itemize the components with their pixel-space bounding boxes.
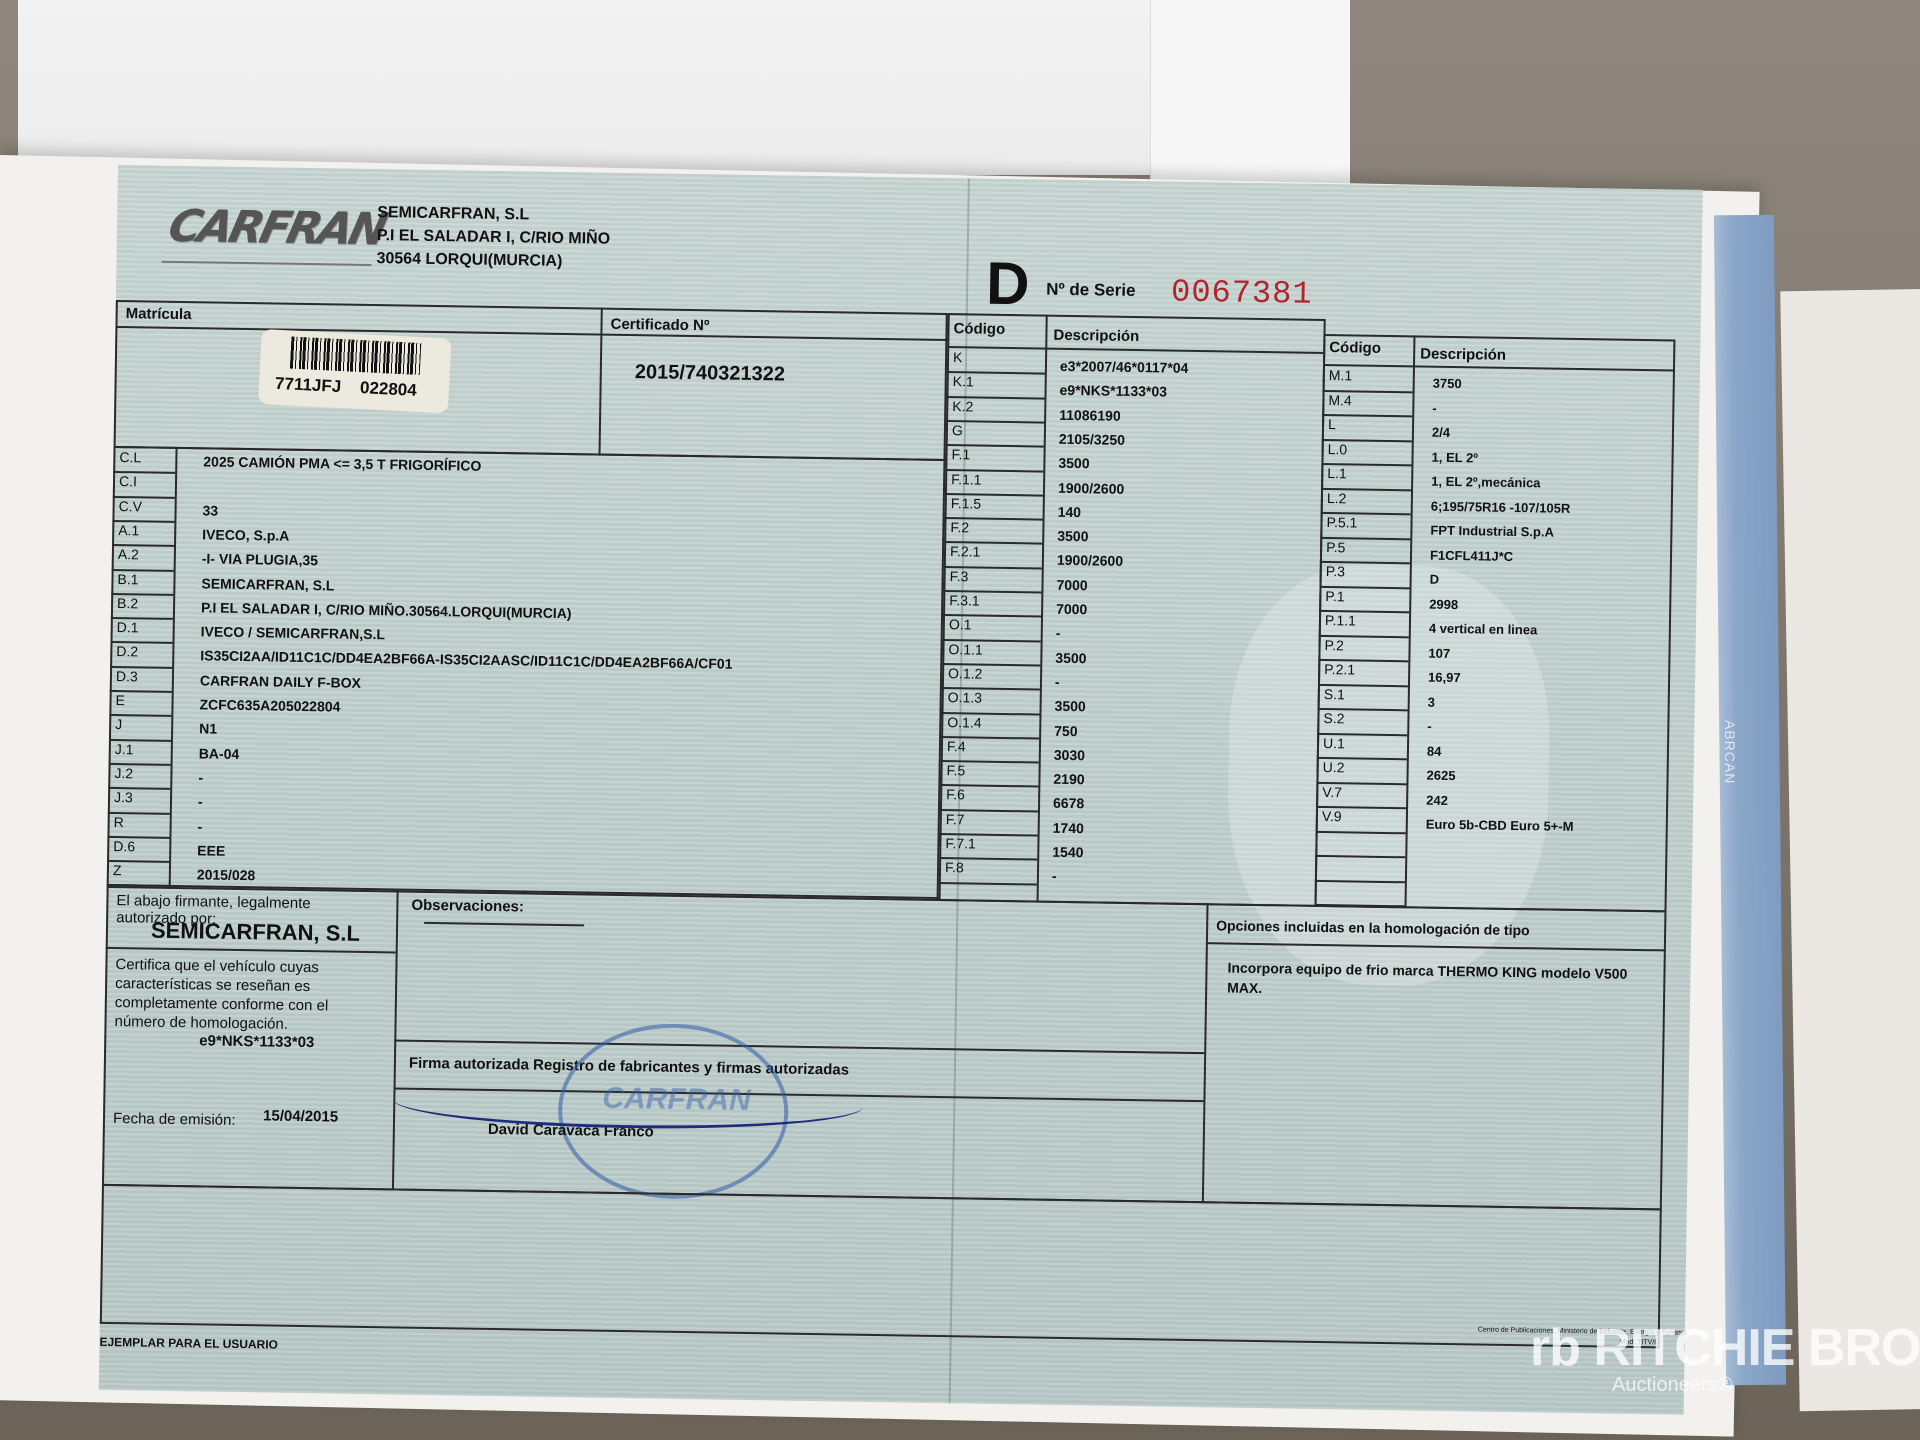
field-value: 3 [1428,694,1435,709]
field-value: 2998 [1429,596,1458,611]
field-code: O.1.3 [948,689,982,706]
field-value: 6678 [1053,795,1084,811]
certificate-number: 2015/740321322 [635,361,785,386]
middle-code-header: Código [953,320,1005,338]
bottom-blank-box [100,1184,1662,1348]
field-code: F.1.1 [951,471,982,487]
field-code: P.1.1 [1325,612,1356,628]
field-code: D.1 [117,619,139,635]
field-code: D.3 [116,668,138,684]
field-value: N1 [199,721,217,737]
certificate-label: Certificado Nº [610,316,709,335]
field-value: - [1432,400,1437,415]
field-code: F.2 [950,519,969,535]
matricula-label: Matrícula [126,305,192,323]
registration-box [114,300,948,461]
field-code: S.2 [1323,710,1344,726]
field-value: D [1430,572,1440,587]
field-code: F.6 [946,786,965,802]
field-code: D.6 [113,838,135,854]
plate-code: 022804 [360,378,418,400]
field-value: - [1427,719,1432,734]
signer-company: SEMICARFRAN, S.L [151,918,360,947]
field-value: 1540 [1052,844,1083,860]
options-text: Incorpora equipo de frio marca THERMO KI… [1227,958,1648,1005]
plate-number: 7711JFJ 022804 [275,374,418,401]
field-value: 3500 [1054,698,1085,714]
field-code: F.7 [946,811,965,827]
field-value: e3*2007/46*0117*04 [1060,358,1189,376]
right-code-header: Código [1329,339,1381,357]
field-code: A.1 [118,522,139,538]
field-code: F.2.1 [950,544,981,560]
field-value: e9*NKS*1133*03 [1059,382,1167,400]
field-value: 3500 [1057,528,1088,544]
field-code: A.2 [118,546,139,562]
series-number: 0067381 [1171,274,1313,313]
field-value: IVECO / SEMICARFRAN,S.L [201,623,386,642]
field-value: 1, EL 2º,mecánica [1431,474,1541,491]
field-code: M.4 [1328,392,1352,408]
field-code: U.1 [1323,735,1345,751]
field-code: K.2 [952,398,973,414]
field-code: P.2 [1324,637,1343,653]
field-value: 2015/028 [197,866,256,883]
field-value: 7000 [1056,576,1087,592]
background-paper-2 [1150,0,1350,185]
field-value: Euro 5b-CBD Euro 5+-M [1426,817,1574,834]
field-value: IVECO, S.p.A [202,526,289,543]
carfran-logo: CARFRAN [163,201,371,259]
field-code: P.2.1 [1324,661,1355,677]
field-code: P.3 [1326,563,1345,579]
middle-desc-header: Descripción [1053,327,1139,345]
field-code: F.3 [950,568,969,584]
field-value: CARFRAN DAILY F-BOX [200,672,361,691]
field-value: 107 [1428,645,1450,660]
field-value: - [1056,625,1061,641]
field-code: F.1 [951,446,970,462]
field-value: 33 [202,502,218,518]
issue-date-label: Fecha de emisión: [113,1110,236,1129]
certify-text: Certifica que el vehículo cuyas caracter… [114,955,329,1034]
field-value: - [198,818,203,834]
rb-mark-icon: rb [1530,1319,1580,1377]
field-value: 84 [1427,743,1442,758]
homologation-number: e9*NKS*1133*03 [199,1032,314,1051]
field-code: S.1 [1324,686,1345,702]
ritchie-bros-watermark: rb RITCHIE BROS. [1530,1318,1920,1378]
field-value: 2105/3250 [1059,431,1125,448]
field-code: C.L [119,449,141,465]
field-value: 4 vertical en linea [1429,621,1538,638]
field-code: B.2 [117,595,138,611]
field-code: J.3 [114,789,133,805]
field-value: 2/4 [1432,425,1450,440]
field-value: BA-04 [199,745,240,762]
field-code: V.7 [1322,783,1342,799]
field-value: 6;195/75R16 -107/105R [1431,498,1571,515]
plate-sticker: 7711JFJ 022804 [258,329,452,414]
field-value: F1CFL411J*C [1430,547,1513,563]
field-code: F.5 [946,762,965,778]
company-address: SEMICARFRAN, S.L P.I EL SALADAR I, C/RIO… [376,201,610,274]
field-code: U.2 [1323,759,1345,775]
field-code: J [115,716,122,732]
field-code: P.5.1 [1326,514,1357,530]
field-code: C.I [119,473,137,489]
field-code: J.2 [114,765,133,781]
field-value: 140 [1058,504,1082,520]
field-value: 16,97 [1428,670,1461,686]
series-letter: D [986,249,1030,319]
field-code: F.4 [947,738,966,754]
field-value: -I- VIA PLUGIA,35 [202,551,318,569]
field-value: 2190 [1053,771,1084,787]
field-value: 1740 [1053,819,1084,835]
middle-table [939,313,1326,907]
field-code: F.1.5 [951,495,982,511]
logo-underline [161,261,371,266]
barcode [290,336,421,375]
field-code: E [115,692,125,708]
field-value: 3750 [1433,376,1462,391]
auctioneers-text: Auctioneers® [1612,1374,1732,1397]
vehicle-technical-card: CARFRAN SEMICARFRAN, S.L P.I EL SALADAR … [99,165,1703,1415]
field-value: SEMICARFRAN, S.L [201,575,334,593]
company-city: 30564 LORQUI(MURCIA) [376,247,610,274]
field-value: 3500 [1055,649,1086,665]
field-code: O.1.2 [948,665,982,682]
field-value: FPT Industrial S.p.A [1430,523,1554,540]
field-value: 750 [1054,722,1078,738]
field-code: O.1.1 [948,641,982,658]
field-code: M.1 [1329,367,1353,383]
issue-date: 15/04/2015 [263,1107,338,1125]
field-value: 3030 [1054,747,1085,763]
field-code: F.8 [945,859,964,875]
plate-text: 7711JFJ [275,374,342,396]
field-code: L [1328,416,1336,432]
field-code: Z [113,862,122,878]
copy-label: EJEMPLAR PARA EL USUARIO [99,1335,278,1352]
blue-folder [1714,215,1786,1386]
field-value: - [1055,674,1060,690]
field-value: - [198,769,203,785]
field-value: 1900/2600 [1057,552,1123,569]
field-code: K [953,349,963,365]
field-value: 1, EL 2º [1431,449,1478,465]
folder-label: ABRCAN [1722,720,1738,784]
field-code: P.5 [1326,539,1345,555]
field-value: 2625 [1426,768,1455,783]
field-code: V.9 [1322,808,1342,824]
certify-line: número de homologación. [114,1012,328,1034]
field-value: 7000 [1056,601,1087,617]
series-label: Nº de Serie [1046,280,1136,301]
field-code: P.1 [1325,588,1344,604]
background-sheet [1780,289,1920,1411]
field-code: O.1.4 [947,714,981,731]
field-value: ZCFC635A205022804 [199,696,340,714]
field-value: 11086190 [1059,406,1121,423]
field-code: L.0 [1328,441,1348,457]
field-code: O.1 [949,616,972,632]
field-value: 3500 [1058,455,1089,471]
field-code: R [114,814,124,830]
brand-text: RITCHIE BROS. [1593,1319,1920,1377]
field-code: C.V [119,498,143,514]
field-code: K.1 [953,373,974,389]
field-value: 1900/2600 [1058,479,1124,496]
field-value: 242 [1426,792,1448,807]
field-code: L.2 [1327,490,1347,506]
field-code: G [952,422,963,438]
right-desc-header: Descripción [1420,345,1506,363]
field-value: - [198,794,203,810]
field-value: EEE [197,842,225,858]
field-code: J.1 [115,741,134,757]
field-code: D.2 [116,643,138,659]
field-code: L.1 [1327,465,1347,481]
field-code: F.7.1 [945,835,976,851]
field-value: - [1052,868,1057,884]
field-code: F.3.1 [949,592,980,608]
observations-label: Observaciones: [411,897,524,916]
field-code: B.1 [117,571,138,587]
